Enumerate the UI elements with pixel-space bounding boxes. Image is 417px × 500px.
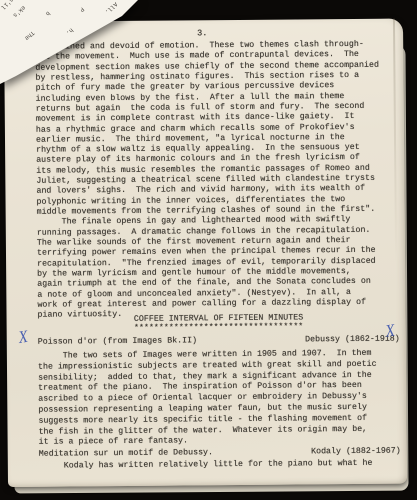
program-item-composer: Kodaly (1882-1967) xyxy=(311,447,401,457)
program-item-title: Meditation sur un motif de Debussy. xyxy=(39,448,213,459)
folded-page-corner: s'ilek'sbP. All.Theh. xyxy=(0,0,158,96)
page-number: 3. xyxy=(197,28,207,38)
program-item-meditation: Meditation sur un motif de Debussy. Koda… xyxy=(39,447,401,459)
folded-corner-sheet xyxy=(0,0,158,96)
photo-background: { "palette":{ "background":"#0b0907", "p… xyxy=(0,0,417,500)
interval-heading-block: COFFEE INTERVAL OF FIFTEEN MINUTES *****… xyxy=(38,313,400,334)
images-paragraph: The two sets of Images were written in 1… xyxy=(38,349,401,449)
final-line: Kodaly has written relatively little for… xyxy=(39,459,401,471)
pen-x-mark-left: X xyxy=(17,328,29,349)
interval-underline: ********************************** xyxy=(38,322,400,334)
program-item-title: Poisson d'or (from Images Bk.II) xyxy=(38,336,197,346)
program-item-poisson-dor: Poisson d'or (from Images Bk.II) Debussy… xyxy=(38,335,400,347)
